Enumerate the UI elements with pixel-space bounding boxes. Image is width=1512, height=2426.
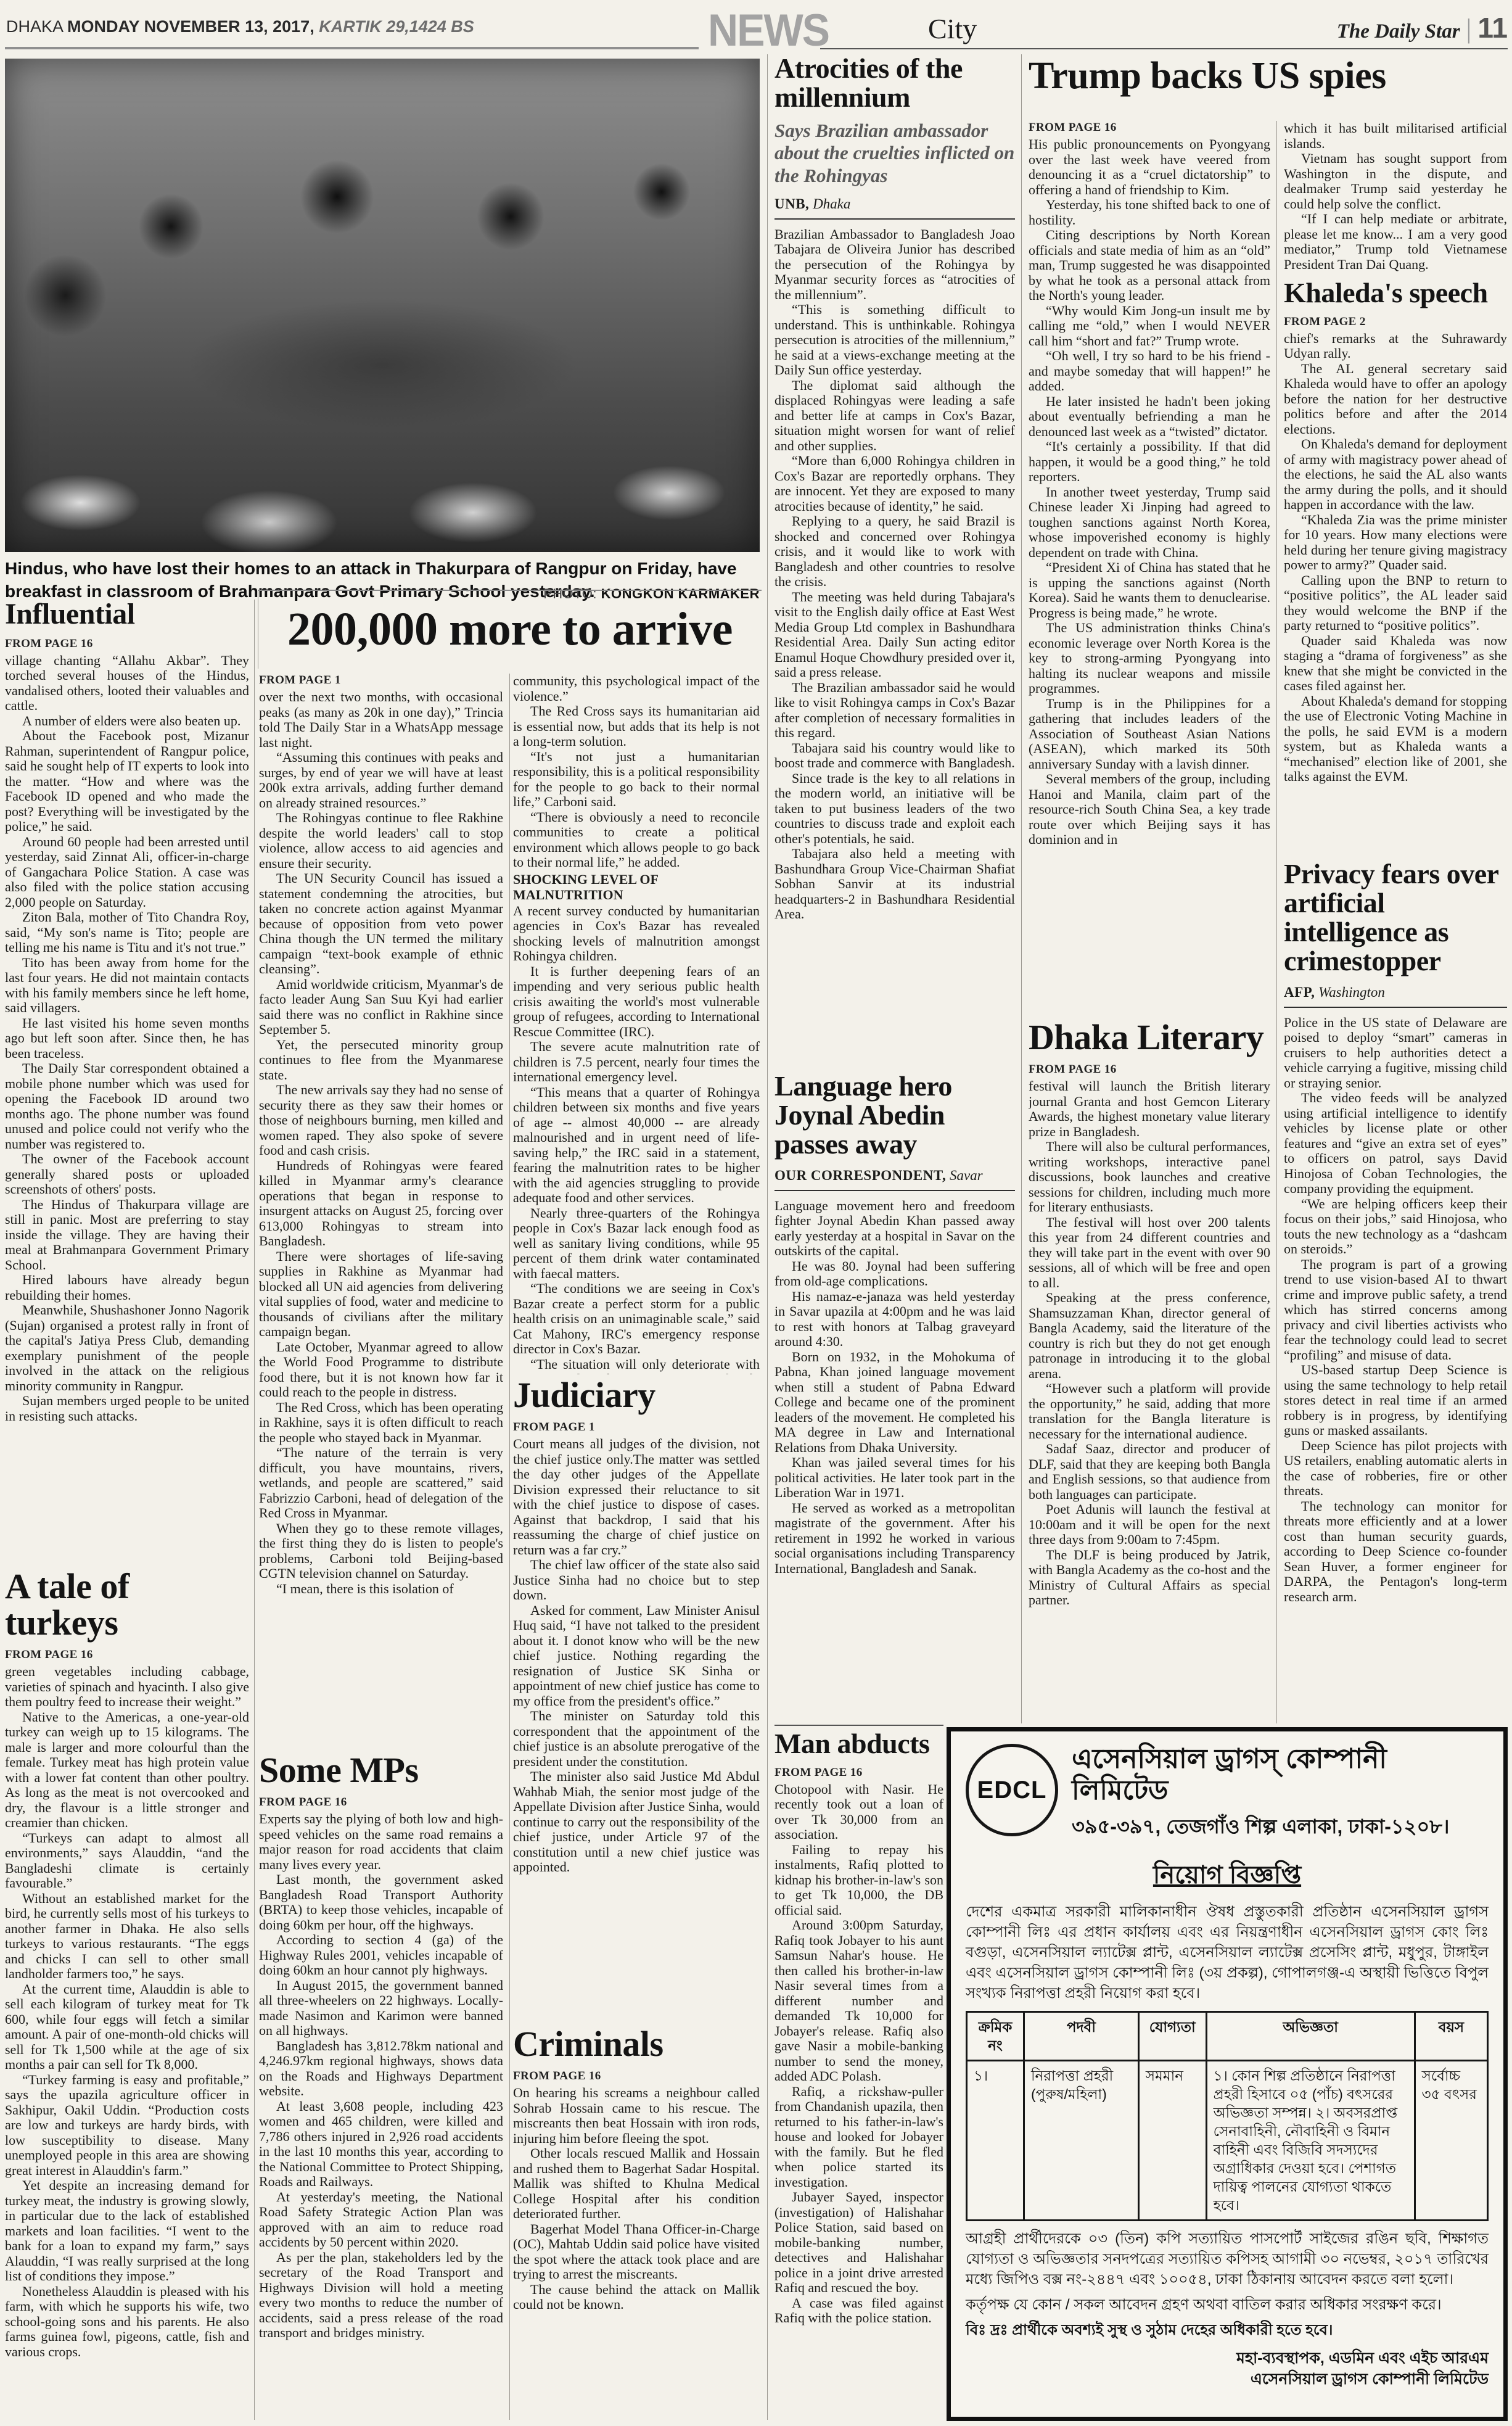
headline: Dhaka Literary — [1029, 1019, 1270, 1055]
paragraph: The meeting was held during Tabajara's v… — [774, 590, 1015, 680]
paragraph: “Assuming this continues with peaks and … — [259, 750, 503, 811]
column-divider — [767, 54, 768, 2420]
paragraph: The US administration thinks China's eco… — [1029, 621, 1270, 696]
byline-agency: AFP, — [1284, 984, 1315, 1000]
paragraph: The program is part of a growing trend t… — [1284, 1257, 1507, 1363]
column-divider — [509, 674, 510, 2420]
paragraph: He was 80. Joynal had been suffering fro… — [774, 1259, 1015, 1289]
edcl-logo: EDCL — [966, 1744, 1058, 1836]
column-divider — [254, 600, 255, 2420]
paragraph: “President Xi of China has stated that h… — [1029, 560, 1270, 621]
paragraph: A number of elders were also beaten up. — [5, 714, 249, 729]
paragraph: “I mean, there is this isolation of — [259, 1582, 503, 1597]
news-photo — [5, 59, 760, 552]
column-header: বয়স — [1415, 2012, 1487, 2061]
paragraph: Hundreds of Rohingyas were feared killed… — [259, 1158, 503, 1249]
paragraph: The Red Cross says its humanitarian aid … — [513, 704, 760, 749]
paragraph: Native to the Americas, a one-year-old t… — [5, 1710, 249, 1831]
column-divider — [1276, 121, 1277, 1723]
paragraph: The Hindus of Thakurpara village are sti… — [5, 1197, 249, 1273]
recruitment-table: ক্রমিক নং পদবী যোগ্যতা অভিজ্ঞতা বয়স ১। … — [966, 2011, 1489, 2221]
paragraph: The AL general secretary said Khaleda wo… — [1284, 361, 1507, 437]
paragraph: Sujan members urged people to be united … — [5, 1393, 249, 1424]
byline-place: Dhaka — [809, 196, 850, 212]
paragraph: He served as worked as a metropolitan ma… — [774, 1501, 1015, 1577]
paragraph: There were shortages of life-saving supp… — [259, 1249, 503, 1340]
article-judiciary: Judiciary FROM PAGE 1 Court means all ju… — [513, 1377, 760, 2023]
paragraph: Yet despite an increasing demand for tur… — [5, 2178, 249, 2284]
table-cell: ১। — [967, 2061, 1024, 2221]
ad-company-name: এসেনসিয়াল ড্রাগস্ কোম্পানী লিমিটেড — [1072, 1744, 1489, 1806]
paragraph: At the current time, Alauddin is able to… — [5, 1982, 249, 2073]
paragraph: The technology can monitor for threats m… — [1284, 1499, 1507, 1605]
continuation-note: FROM PAGE 16 — [1029, 121, 1270, 134]
headline: A tale of turkeys — [5, 1568, 249, 1641]
paragraph: Deep Science has pilot projects with US … — [1284, 1438, 1507, 1499]
paragraph: Tito has been away from home for the las… — [5, 955, 249, 1016]
paragraph: A recent survey conducted by humanitaria… — [513, 904, 760, 964]
paragraph: “The nature of the terrain is very diffi… — [259, 1445, 503, 1521]
section-title: City — [928, 12, 977, 45]
article-body: over the next two months, with occasiona… — [259, 690, 503, 1596]
headline: 200,000 more to arrive — [287, 606, 733, 654]
paragraph: The severe acute malnutrition rate of ch… — [513, 1039, 760, 1085]
paragraph: “Turkey farming is easy and profitable,”… — [5, 2073, 249, 2179]
paragraph: Late October, Myanmar agreed to allow th… — [259, 1340, 503, 1400]
headline: Influential — [5, 600, 249, 630]
continuation-note: FROM PAGE 1 — [259, 674, 503, 687]
article-body: village chanting “Allahu Akbar”. They to… — [5, 653, 249, 1424]
article-dhaka-literary: Dhaka Literary FROM PAGE 16 festival wil… — [1029, 1019, 1270, 1723]
paragraph: Quader said Khaleda was now staging a “d… — [1284, 633, 1507, 694]
paragraph: On Khaleda's demand for deployment of ar… — [1284, 437, 1507, 513]
paragraph: Bangladesh has 3,812.78km national and 4… — [259, 2039, 503, 2099]
article-atrocities: Atrocities of the millennium Says Brazil… — [774, 54, 1015, 1070]
article-body: which it has built militarised artificia… — [1284, 121, 1507, 272]
page-number: 11 — [1477, 12, 1508, 44]
article-body: A recent survey conducted by humanitaria… — [513, 904, 760, 1375]
article-trump-col-2: which it has built militarised artificia… — [1284, 121, 1507, 276]
paragraph: It is further deepening fears of an impe… — [513, 964, 760, 1040]
paragraph: Since trade is the key to all relations … — [774, 771, 1015, 847]
column-header: যোগ্যতা — [1138, 2012, 1206, 2061]
paragraph: “We are helping officers keep their focu… — [1284, 1197, 1507, 1257]
ad-rights-text: কর্তৃপক্ষ যে কোন / সকল আবেদন গ্রহণ অথবা … — [966, 2295, 1489, 2315]
paragraph: “The conditions we are seeing in Cox's B… — [513, 1281, 760, 1357]
paragraph: Replying to a query, he said Brazil is s… — [774, 514, 1015, 590]
ad-intro-text: দেশের একমাত্র সরকারী মালিকানাধীন ঔষধ প্র… — [966, 1902, 1489, 2003]
byline: UNB, Dhaka — [774, 196, 1015, 220]
paragraph: He later insisted he hadn't been joking … — [1029, 394, 1270, 440]
paragraph: About Khaleda's demand for stopping the … — [1284, 694, 1507, 785]
article-200000-col-1: FROM PAGE 1 over the next two months, wi… — [259, 674, 503, 1749]
paragraph: green vegetables including cabbage, vari… — [5, 1664, 249, 1710]
paragraph: Vietnam has sought support from Washingt… — [1284, 151, 1507, 212]
byline-agency: UNB, — [774, 196, 809, 212]
table-cell: নিরাপত্তা প্রহরী (পুরুষ/মহিলা) — [1024, 2061, 1138, 2221]
paragraph: Khan was jailed several times for his po… — [774, 1455, 1015, 1501]
article-body: community, this psychological impact of … — [513, 674, 760, 870]
table-row: ১। নিরাপত্তা প্রহরী (পুরুষ/মহিলা) সমমান … — [967, 2061, 1488, 2221]
dateline-city: DHAKA — [6, 17, 67, 36]
paragraph: Hired labours have already begun rebuild… — [5, 1273, 249, 1303]
paragraph: The UN Security Council has issued a sta… — [259, 871, 503, 977]
article-body: festival will launch the British literar… — [1029, 1079, 1270, 1608]
article-influential: Influential FROM PAGE 16 village chantin… — [5, 600, 249, 1566]
headline: Privacy fears over artificial intelligen… — [1284, 860, 1507, 976]
paragraph: The new arrivals say they had no sense o… — [259, 1083, 503, 1158]
paragraph: “However such a platform will provide th… — [1029, 1381, 1270, 1442]
paragraph: Asked for comment, Law Minister Anisul H… — [513, 1603, 760, 1709]
newspaper-page: DHAKA MONDAY NOVEMBER 13, 2017, KARTIK 2… — [0, 0, 1512, 2426]
headline: Criminals — [513, 2026, 760, 2062]
header-rule-left — [5, 47, 699, 49]
paragraph: Jubayer Sayed, inspector (investigation)… — [774, 2190, 943, 2296]
headline: Some MPs — [259, 1752, 503, 1788]
ad-note-text: বিঃ দ্রঃ প্রার্থীকে অবশ্যই সুস্থ ও সুঠাম… — [966, 2320, 1489, 2340]
paragraph: Without an established market for the bi… — [5, 1891, 249, 1982]
column-header: অভিজ্ঞতা — [1206, 2012, 1415, 2061]
paragraph: Around 3:00pm Saturday, Rafiq took Jobay… — [774, 1918, 943, 2084]
paragraph: Experts say the plying of both low and h… — [259, 1812, 503, 1872]
article-privacy-fears: Privacy fears over artificial intelligen… — [1284, 860, 1507, 1723]
paragraph: US-based startup Deep Science is using t… — [1284, 1363, 1507, 1438]
headline: Judiciary — [513, 1377, 760, 1413]
continuation-note: FROM PAGE 1 — [513, 1421, 760, 1434]
article-trump-col-1: FROM PAGE 16 His public pronouncements o… — [1029, 121, 1270, 1017]
paragraph: He last visited his home seven months ag… — [5, 1016, 249, 1062]
paragraph: Failing to repay his instalments, Rafiq … — [774, 1842, 943, 1918]
byline: OUR CORRESPONDENT, Savar — [774, 1168, 1015, 1191]
paragraph: Police in the US state of Delaware are p… — [1284, 1015, 1507, 1091]
continuation-note: FROM PAGE 16 — [259, 1796, 503, 1809]
paragraph: As per the plan, stakeholders led by the… — [259, 2250, 503, 2341]
paragraph: The owner of the Facebook account genera… — [5, 1152, 249, 1197]
continuation-note: FROM PAGE 2 — [1284, 315, 1507, 329]
article-criminals: Criminals FROM PAGE 16 On hearing his sc… — [513, 2026, 760, 2424]
article-body: green vegetables including cabbage, vari… — [5, 1664, 249, 2359]
paragraph: Poet Adunis will launch the festival at … — [1029, 1502, 1270, 1548]
byline-agency: OUR CORRESPONDENT, — [774, 1168, 946, 1183]
paragraph: Rafiq, a rickshaw-puller from Chandanish… — [774, 2084, 943, 2190]
byline-place: Savar — [946, 1168, 982, 1183]
headline: Language hero Joynal Abedin passes away — [774, 1072, 1015, 1159]
subtitle: Says Brazilian ambassador about the crue… — [774, 120, 1015, 188]
paragraph: which it has built militarised artificia… — [1284, 121, 1507, 151]
paragraph: The video feeds will be analyzed using a… — [1284, 1091, 1507, 1197]
paragraph: The DLF is being produced by Jatrik, wit… — [1029, 1548, 1270, 1608]
article-body: Experts say the plying of both low and h… — [259, 1812, 503, 2341]
paragraph: “There is obviously a need to reconcile … — [513, 810, 760, 870]
paragraph: Calling upon the BNP to return to “posit… — [1284, 573, 1507, 633]
paragraph: According to section 4 (ga) of the Highw… — [259, 1933, 503, 1978]
paragraph: His public pronouncements on Pyongyang o… — [1029, 137, 1270, 197]
article-body: Language movement hero and freedoom figh… — [774, 1199, 1015, 1577]
paragraph: His namaz-e-janaza was held yesterday in… — [774, 1289, 1015, 1350]
paragraph: At yesterday's meeting, the National Roa… — [259, 2190, 503, 2250]
continuation-note: FROM PAGE 16 — [513, 2069, 760, 2083]
paragraph: Yesterday, his tone shifted back to one … — [1029, 197, 1270, 228]
paragraph: The diplomat said although the displaced… — [774, 378, 1015, 454]
paragraph: village chanting “Allahu Akbar”. They to… — [5, 653, 249, 714]
paragraph: In another tweet yesterday, Trump said C… — [1029, 485, 1270, 561]
paragraph: Ziton Bala, mother of Tito Chandra Roy, … — [5, 910, 249, 955]
continuation-note: FROM PAGE 16 — [5, 637, 249, 651]
masthead-title: The Daily Star — [1337, 20, 1460, 43]
column-divider — [1021, 54, 1022, 1723]
paragraph: Trump is in the Philippines for a gather… — [1029, 696, 1270, 772]
article-joynal-abedin: Language hero Joynal Abedin passes away … — [774, 1072, 1015, 1721]
paragraph: Nonetheless Alauddin is pleased with his… — [5, 2284, 249, 2360]
article-some-mps: Some MPs FROM PAGE 16 Experts say the pl… — [259, 1752, 503, 2420]
headline: Khaleda's speech — [1284, 279, 1507, 308]
paragraph: Meanwhile, Shushashoner Jonno Nagorik (S… — [5, 1303, 249, 1393]
paragraph: “Turkeys can adapt to almost all environ… — [5, 1831, 249, 1891]
paragraph: “If I can help mediate or arbitrate, ple… — [1284, 212, 1507, 272]
article-body: Court means all judges of the division, … — [513, 1437, 760, 1875]
article-200000-headline-box: 200,000 more to arrive — [258, 590, 762, 669]
headline: Man abducts — [774, 1730, 943, 1759]
table-cell: সর্বোচ্চ ৩৫ বৎসর — [1415, 2061, 1487, 2221]
paragraph: Amid worldwide criticism, Myanmar's de f… — [259, 977, 503, 1038]
paragraph: Around 60 people had been arrested until… — [5, 835, 249, 910]
headline-trump: Trump backs US spies — [1029, 57, 1508, 96]
paragraph: “It's certainly a possibility. If that d… — [1029, 439, 1270, 485]
paragraph: The minister on Saturday told this corre… — [513, 1709, 760, 1769]
crosshead: SHOCKING LEVEL OF MALNUTRITION — [513, 872, 760, 902]
article-200000-col-2: community, this psychological impact of … — [513, 674, 760, 1374]
paragraph: Yet, the persecuted minority group conti… — [259, 1038, 503, 1083]
paragraph: “The situation will only deteriorate wit… — [513, 1357, 760, 1375]
paragraph: Court means all judges of the division, … — [513, 1437, 760, 1558]
paragraph: The Red Cross, which has been operating … — [259, 1400, 503, 1446]
ad-notice-title: নিয়োগ বিজ্ঞপ্তি — [1153, 1855, 1301, 1897]
paragraph: On hearing his screams a neighbour calle… — [513, 2086, 760, 2146]
paragraph: festival will launch the British literar… — [1029, 1079, 1270, 1139]
dateline-bangla-date: KARTIK 29,1424 BS — [319, 17, 474, 36]
continuation-note: FROM PAGE 16 — [1029, 1063, 1270, 1076]
paragraph: A case was filed against Rafiq with the … — [774, 2296, 943, 2326]
paragraph: “Oh well, I try so hard to be his friend… — [1029, 349, 1270, 394]
paragraph: Bagerhat Model Thana Officer-in-Charge (… — [513, 2222, 760, 2282]
ad-company-address: ৩৯৫-৩৯৭, তেজগাঁও শিল্প এলাকা, ঢাকা-১২০৮। — [1072, 1811, 1489, 1844]
dateline: DHAKA MONDAY NOVEMBER 13, 2017, KARTIK 2… — [6, 17, 474, 36]
ad-signature-company: এসেনসিয়াল ড্রাগস কোম্পানী লিমিটেড — [966, 2369, 1489, 2390]
paragraph: Tabajara said his country would like to … — [774, 741, 1015, 771]
paragraph: chief's remarks at the Suhrawardy Udyan … — [1284, 331, 1507, 361]
header-rule-right — [820, 48, 1508, 49]
paragraph: Several members of the group, including … — [1029, 772, 1270, 848]
edcl-logo-text: EDCL — [977, 1776, 1047, 1804]
paragraph: “It's not just a humanitarian responsibi… — [513, 749, 760, 810]
continuation-note: FROM PAGE 16 — [774, 1766, 943, 1780]
continuation-note: FROM PAGE 16 — [5, 1648, 249, 1662]
article-body: chief's remarks at the Suhrawardy Udyan … — [1284, 331, 1507, 785]
paragraph: Citing descriptions by North Korean offi… — [1029, 228, 1270, 303]
paragraph: community, this psychological impact of … — [513, 674, 760, 704]
masthead: The Daily Star|11 — [1337, 11, 1508, 44]
article-body: Brazilian Ambassador to Bangladesh Joao … — [774, 227, 1015, 922]
paragraph: “This means that a quarter of Rohingya c… — [513, 1085, 760, 1206]
paragraph: Speaking at the press conference, Shamsu… — [1029, 1290, 1270, 1381]
paragraph: About the Facebook post, Mizanur Rahman,… — [5, 728, 249, 835]
paragraph: The Brazilian ambassador said he would l… — [774, 680, 1015, 741]
paragraph: The Daily Star correspondent obtained a … — [5, 1061, 249, 1152]
headline: Atrocities of the millennium — [774, 54, 1015, 112]
column-header: পদবী — [1024, 2012, 1138, 2061]
article-body: On hearing his screams a neighbour calle… — [513, 2086, 760, 2313]
ad-apply-text: আগ্রহী প্রার্থীদেরকে ০৩ (তিন) কপি সত্যায… — [966, 2229, 1489, 2290]
paragraph: The minister also said Justice Md Abdul … — [513, 1769, 760, 1875]
article-body: Police in the US state of Delaware are p… — [1284, 1015, 1507, 1605]
paragraph: The Rohingyas continue to flee Rakhine d… — [259, 811, 503, 871]
paragraph: “This is something difficult to understa… — [774, 302, 1015, 378]
table-cell: ১। কোন শিল্প প্রতিষ্ঠানে নিরাপত্তা প্রহর… — [1206, 2061, 1415, 2221]
advertisement-edcl: EDCL এসেনসিয়াল ড্রাগস্ কোম্পানী লিমিটেড… — [947, 1727, 1508, 2421]
table-header-row: ক্রমিক নং পদবী যোগ্যতা অভিজ্ঞতা বয়স — [967, 2012, 1488, 2061]
table-cell: সমমান — [1138, 2061, 1206, 2221]
paragraph: Born on 1932, in the Mohokuma of Pabna, … — [774, 1350, 1015, 1456]
paragraph: over the next two months, with occasiona… — [259, 690, 503, 750]
ad-header: EDCL এসেনসিয়াল ড্রাগস্ কোম্পানী লিমিটেড… — [966, 1744, 1489, 1844]
article-body: His public pronouncements on Pyongyang o… — [1029, 137, 1270, 848]
paragraph: Last month, the government asked Banglad… — [259, 1872, 503, 1933]
ad-signature: মহা-ব্যবস্থাপক, এডমিন এবং এইচ আরএম এসেনস… — [966, 2348, 1489, 2390]
paragraph: “Khaleda Zia was the prime minister for … — [1284, 513, 1507, 573]
paragraph: The festival will host over 200 talents … — [1029, 1215, 1270, 1291]
article-khaleda-speech: Khaleda's speech FROM PAGE 2 chief's rem… — [1284, 279, 1507, 857]
paragraph: Other locals rescued Mallik and Hossain … — [513, 2146, 760, 2222]
paragraph: Brazilian Ambassador to Bangladesh Joao … — [774, 227, 1015, 303]
paragraph: When they go to these remote villages, t… — [259, 1521, 503, 1582]
paragraph: There will also be cultural performances… — [1029, 1139, 1270, 1215]
masthead-separator: | — [1466, 14, 1472, 44]
article-man-abducts: Man abducts FROM PAGE 16 Chotopool with … — [774, 1725, 943, 2425]
byline-place: Washington — [1315, 984, 1385, 1000]
paragraph: The chief law officer of the state also … — [513, 1558, 760, 1603]
dateline-date: MONDAY NOVEMBER 13, 2017, — [67, 17, 319, 36]
paragraph: “More than 6,000 Rohingya children in Co… — [774, 453, 1015, 514]
paragraph: Language movement hero and freedoom figh… — [774, 1199, 1015, 1259]
paragraph: Nearly three-quarters of the Rohingya pe… — [513, 1206, 760, 1282]
column-header: ক্রমিক নং — [967, 2012, 1024, 2061]
article-a-tale-of-turkeys: A tale of turkeys FROM PAGE 16 green veg… — [5, 1568, 249, 2419]
news-section-logo: NEWS — [708, 4, 829, 56]
paragraph: At least 3,608 people, including 423 wom… — [259, 2099, 503, 2190]
ad-signature-title: মহা-ব্যবস্থাপক, এডমিন এবং এইচ আরএম — [966, 2348, 1489, 2369]
ad-company-block: এসেনসিয়াল ড্রাগস্ কোম্পানী লিমিটেড ৩৯৫-… — [1072, 1744, 1489, 1844]
byline: AFP, Washington — [1284, 984, 1507, 1008]
paragraph: “Why would Kim Jong-un insult me by call… — [1029, 303, 1270, 349]
paragraph: The cause behind the attack on Mallik co… — [513, 2282, 760, 2313]
article-body: Chotopool with Nasir. He recently took o… — [774, 1782, 943, 2326]
paragraph: Tabajara also held a meeting with Bashun… — [774, 846, 1015, 922]
paragraph: Sadaf Saaz, director and producer of DLF… — [1029, 1442, 1270, 1502]
paragraph: Chotopool with Nasir. He recently took o… — [774, 1782, 943, 1842]
paragraph: In August 2015, the government banned al… — [259, 1978, 503, 2039]
